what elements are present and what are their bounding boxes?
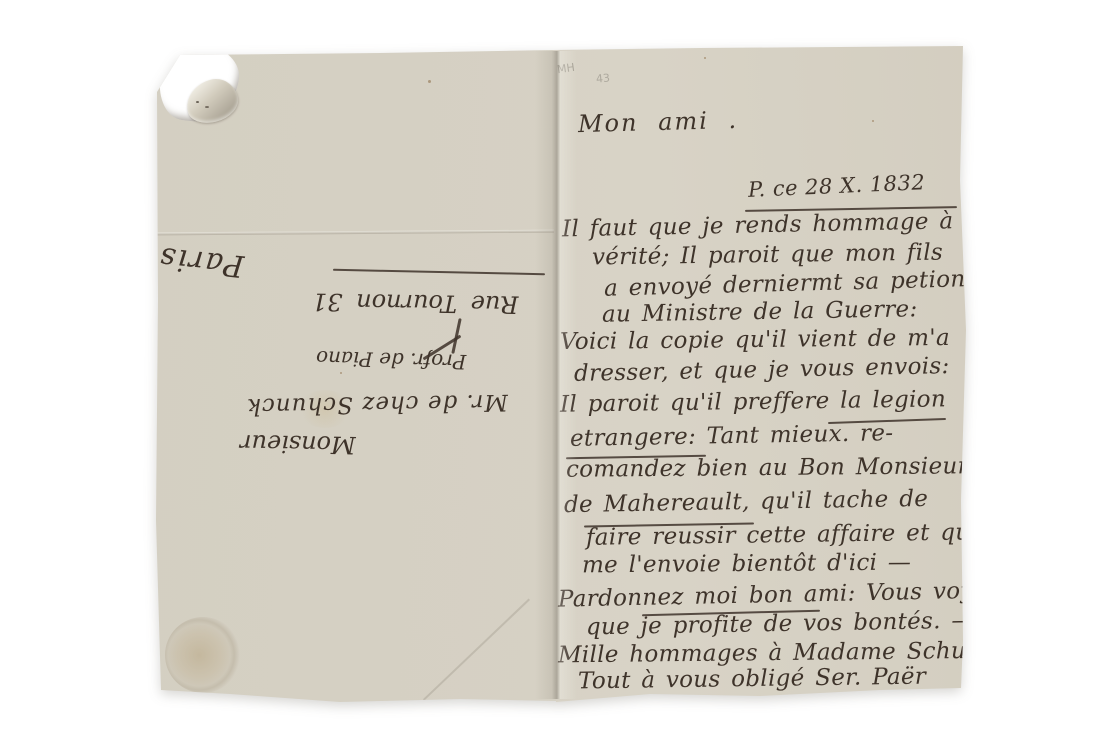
address-line-monsieur: Monsieur <box>240 431 356 457</box>
fox-speck <box>428 80 431 83</box>
water-stain <box>165 617 241 693</box>
body-line: dresser, et que je vous envois: <box>574 355 950 386</box>
body-line: etrangere: Tant mieux. re- <box>570 422 894 451</box>
torn-corner-hole <box>155 39 243 127</box>
address-line-street: Rue Tournon 31 <box>312 290 519 317</box>
body-line: Pardonnez moi bon ami: Vous voyez <box>558 579 1000 611</box>
flap-print-mark <box>196 101 199 103</box>
fox-speck <box>872 120 874 122</box>
letter-photograph: Monsieur Mr. de chez Schunck Profr. de P… <box>0 0 1100 733</box>
body-line: vérité; Il paroit que mon fils <box>592 242 943 270</box>
body-line: me l'envoie bientôt d'ici — <box>582 552 911 578</box>
letter-sheet: Monsieur Mr. de chez Schunck Profr. de P… <box>0 0 1100 733</box>
address-line-chez-schunck: Mr. de chez Schunck <box>246 390 508 418</box>
dateline: P. ce 28 X. 1832 <box>748 172 926 201</box>
body-line: de Mahereault, qu'il tache de <box>564 488 929 517</box>
pencil-mark-mh: MH <box>556 61 575 76</box>
torn-corner-flap <box>182 74 243 127</box>
body-line: Il paroit qu'il preffere la legion <box>560 388 946 416</box>
pencil-mark-43: 43 <box>595 71 610 85</box>
body-line: comandez bien au Bon Monsieur <box>566 455 969 482</box>
horizontal-fold-crease <box>157 230 555 236</box>
body-line: Voici la copie qu'il vient de m'a <box>560 327 950 354</box>
body-line: au Ministre de la Guerre: <box>602 298 918 327</box>
address-line-city: Paris <box>157 242 246 281</box>
flap-print-mark <box>205 106 209 108</box>
diagonal-fold-crease <box>423 599 530 701</box>
signature-line: Tout à vous obligé Ser. Paër <box>578 666 926 694</box>
fox-speck <box>340 372 342 374</box>
salutation-line: Mon ami . <box>578 108 739 136</box>
body-line: Il faut que je rends hommage à la <box>562 210 986 242</box>
fox-speck <box>704 57 706 59</box>
address-line-piano: Profr. de Piano <box>316 348 467 372</box>
address-flourish-line <box>333 269 545 275</box>
body-line: Mille hommages à Madame Schunck <box>558 640 1009 668</box>
